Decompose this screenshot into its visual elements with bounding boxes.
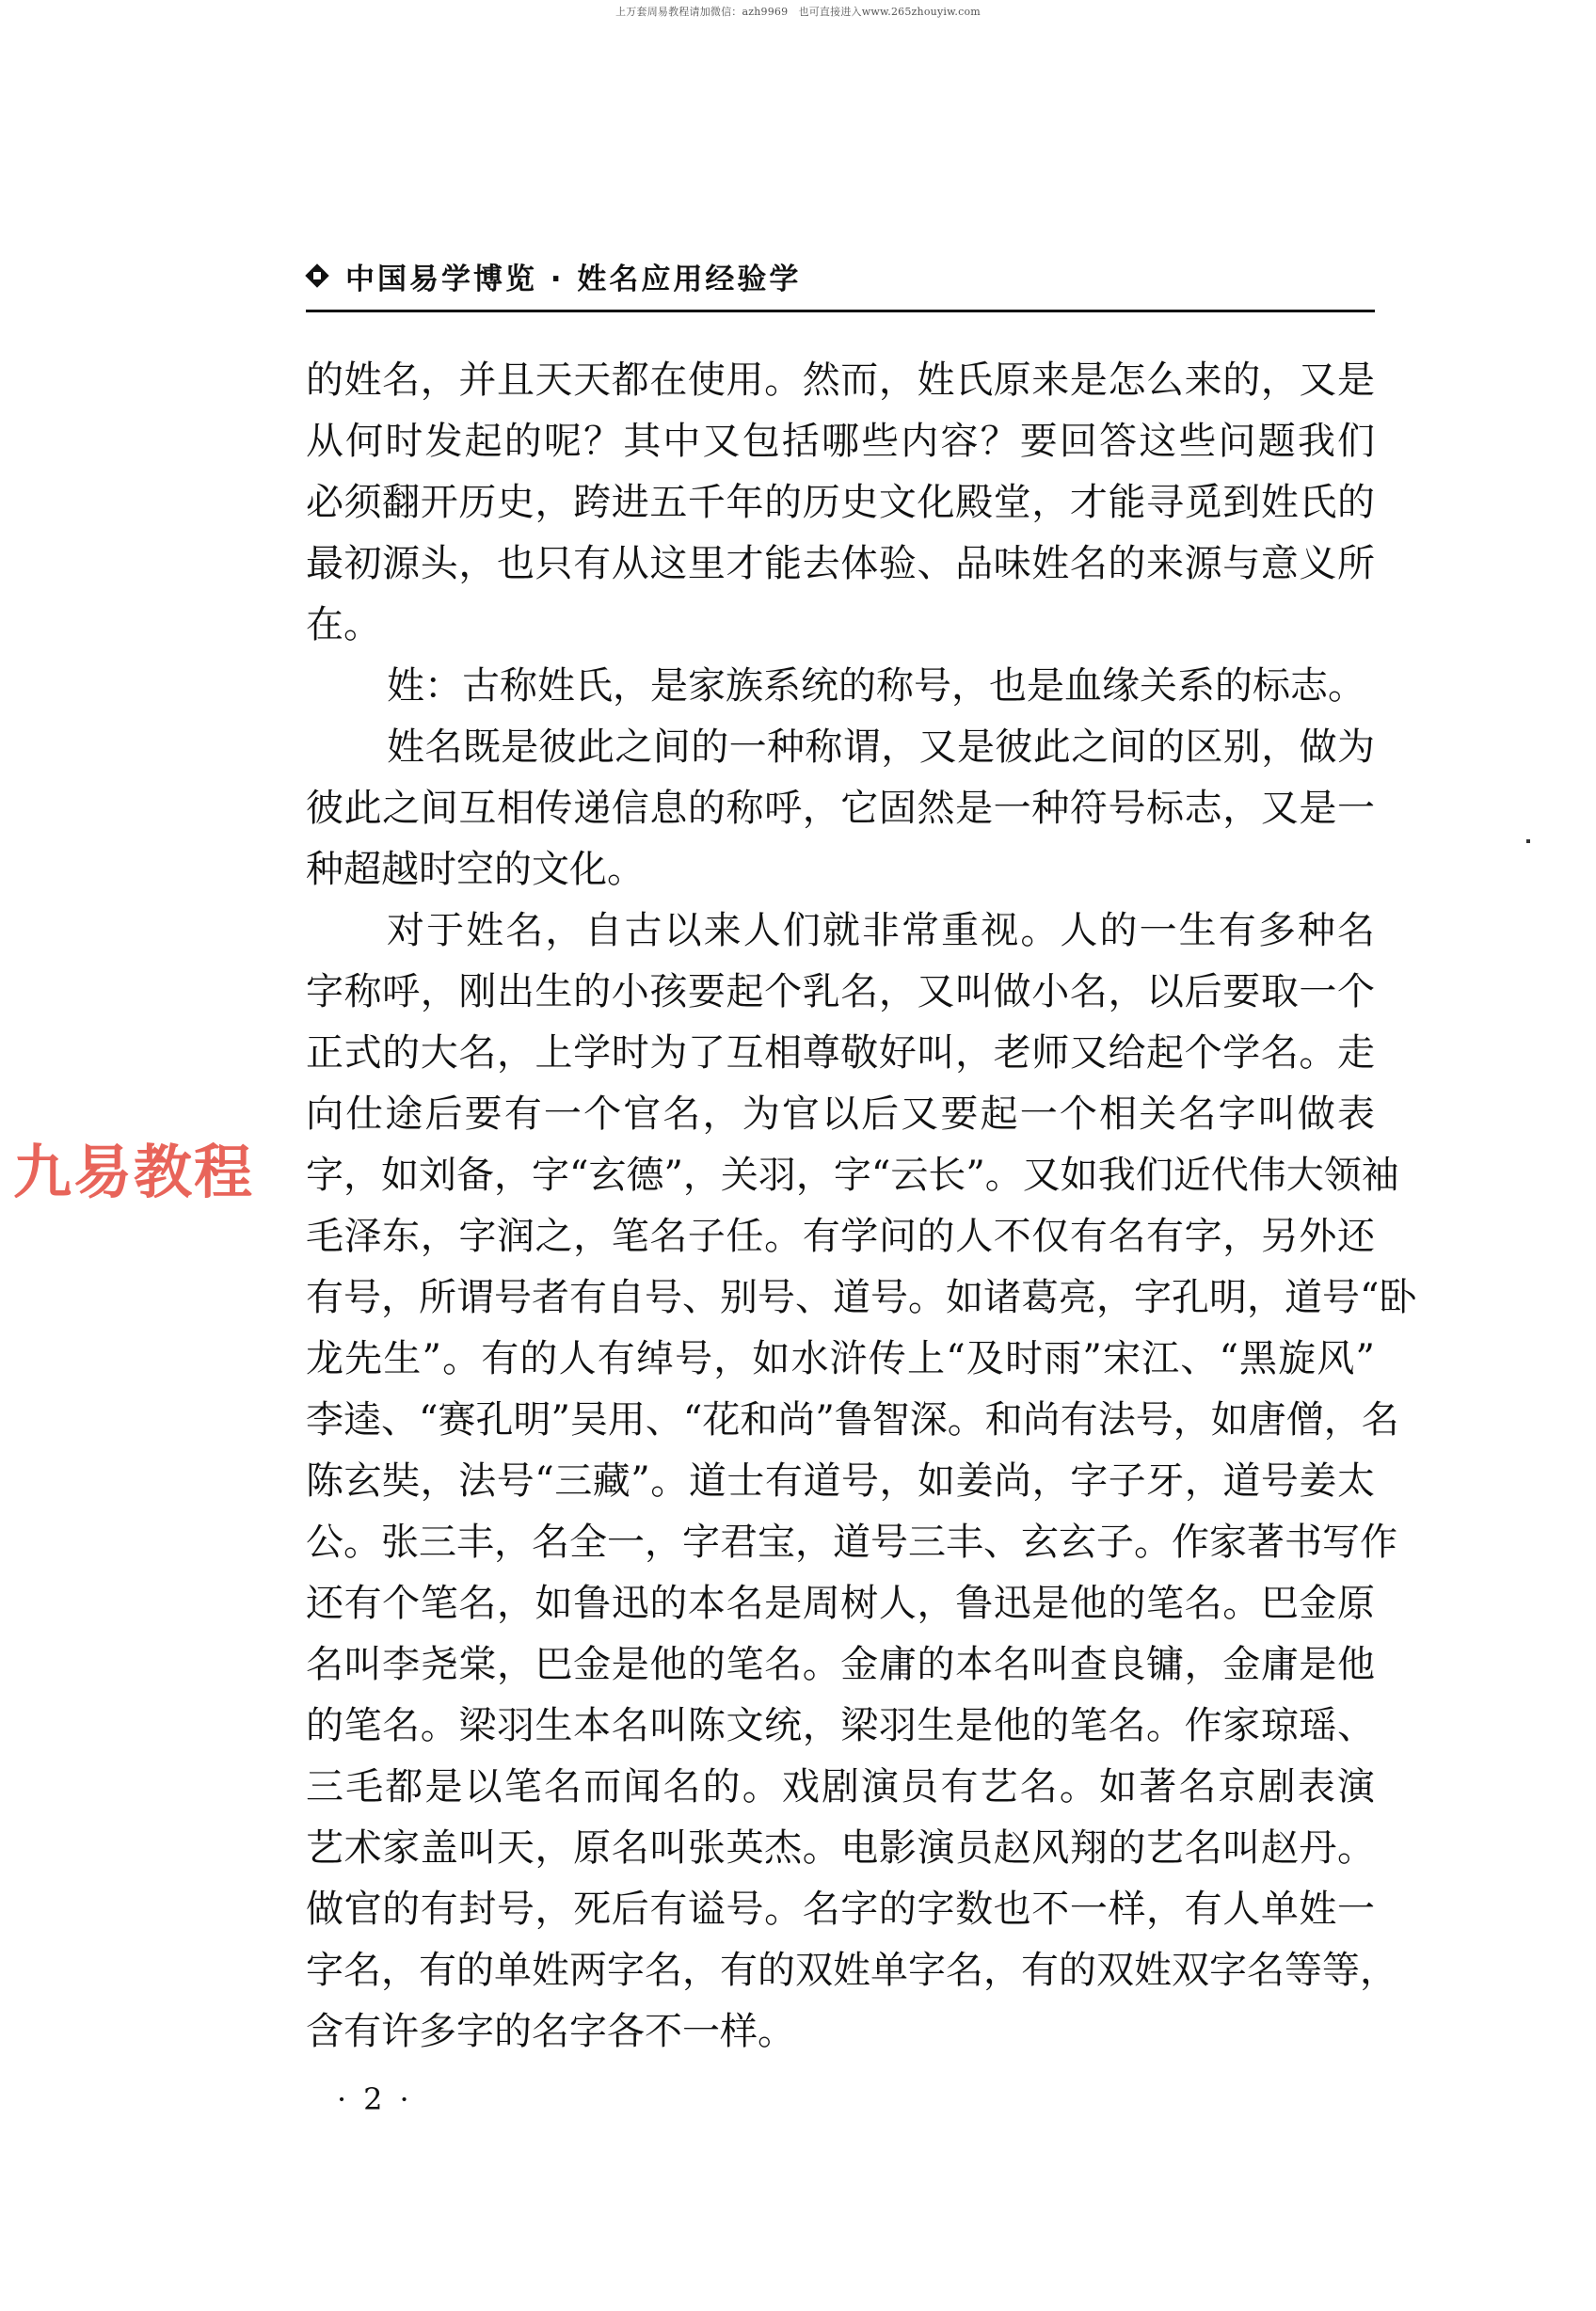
- text-line: 姓名既是彼此之间的一种称谓，又是彼此之间的区别，做为: [306, 717, 1375, 778]
- text-line: 正式的大名，上学时为了互相尊敬好叫，老师又给起个学名。走: [306, 1023, 1375, 1084]
- logo-watermark: 九易教程: [13, 1125, 254, 1209]
- scan-speck: [1526, 839, 1530, 843]
- text-line: 最初源头，也只有从这里才能去体验、品味姓名的来源与意义所: [306, 534, 1375, 595]
- text-line: 做官的有封号，死后有谥号。名字的字数也不一样，有人单姓一: [306, 1879, 1375, 1940]
- text-line: 三毛都是以笔名而闻名的。戏剧演员有艺名。如著名京剧表演: [306, 1757, 1375, 1818]
- text-line: 对于姓名，自古以来人们就非常重视。人的一生有多种名: [306, 900, 1375, 962]
- text-line: 还有个笔名，如鲁迅的本名是周树人，鲁迅是他的笔名。巴金原: [306, 1573, 1375, 1634]
- text-line: 彼此之间互相传递信息的称呼，它固然是一种符号标志，又是一: [306, 778, 1375, 839]
- text-line: 毛泽东，字润之，笔名子任。有学问的人不仅有名有字，另外还: [306, 1206, 1375, 1267]
- text-line: 有号，所谓号者有自号、别号、道号。如诸葛亮，字孔明，道号“卧: [306, 1267, 1375, 1329]
- text-line: 公。张三丰，名全一，字君宝，道号三丰、玄玄子。作家著书写作: [306, 1512, 1375, 1573]
- text-line: 字，如刘备，字“玄德”，关羽，字“云长”。又如我们近代伟大领袖: [306, 1145, 1375, 1206]
- running-header: 中国易学博览 · 姓名应用经验学: [306, 252, 801, 299]
- text-line: 种超越时空的文化。: [306, 839, 1375, 900]
- text-line: 含有许多字的名字各不一样。: [306, 2001, 1375, 2063]
- text-line: 名叫李尧棠，巴金是他的笔名。金庸的本名叫查良镛，金庸是他: [306, 1634, 1375, 1696]
- page-number: ·2·: [337, 2081, 426, 2117]
- top-banner-watermark: 上万套周易教程请加微信：azh9969 也可直接进入www.265zhouyiw…: [0, 4, 1596, 19]
- header-rule: [306, 310, 1375, 312]
- text-line: 必须翻开历史，跨进五千年的历史文化殿堂，才能寻觅到姓氏的: [306, 472, 1375, 534]
- body-text: 的姓名，并且天天都在使用。然而，姓氏原来是怎么来的，又是从何时发起的呢？其中又包…: [306, 350, 1375, 2063]
- running-header-title: 中国易学博览 · 姓名应用经验学: [345, 255, 801, 297]
- text-line: 姓：古称姓氏，是家族系统的称号，也是血缘关系的标志。: [306, 656, 1375, 717]
- text-line: 艺术家盖叫天，原名叫张英杰。电影演员赵风翔的艺名叫赵丹。: [306, 1818, 1375, 1879]
- text-line: 龙先生”。有的人有绰号，如水浒传上“及时雨”宋江、“黑旋风”: [306, 1329, 1375, 1390]
- text-line: 的姓名，并且天天都在使用。然而，姓氏原来是怎么来的，又是: [306, 350, 1375, 411]
- diamond-icon: [306, 264, 328, 287]
- text-line: 李逵、“赛孔明”吴用、“花和尚”鲁智深。和尚有法号，如唐僧，名: [306, 1390, 1375, 1451]
- text-line: 字名，有的单姓两字名，有的双姓单字名，有的双姓双字名等等，: [306, 1940, 1375, 2001]
- text-line: 向仕途后要有一个官名，为官以后又要起一个相关名字叫做表: [306, 1084, 1375, 1145]
- text-line: 从何时发起的呢？其中又包括哪些内容？要回答这些问题我们: [306, 411, 1375, 472]
- text-line: 在。: [306, 595, 1375, 656]
- text-line: 陈玄奘，法号“三藏”。道士有道号，如姜尚，字子牙，道号姜太: [306, 1451, 1375, 1512]
- text-line: 字称呼，刚出生的小孩要起个乳名，又叫做小名，以后要取一个: [306, 962, 1375, 1023]
- text-line: 的笔名。梁羽生本名叫陈文统，梁羽生是他的笔名。作家琼瑶、: [306, 1696, 1375, 1757]
